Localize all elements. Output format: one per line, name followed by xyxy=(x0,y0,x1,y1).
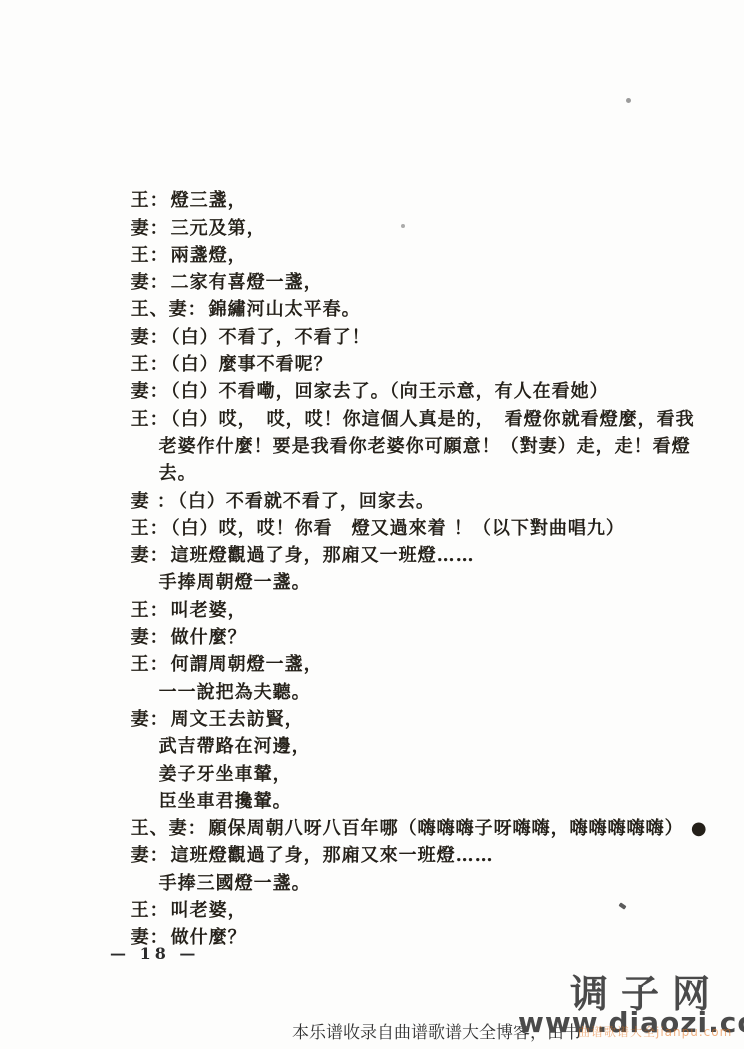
script-line: 王：燈三盞， xyxy=(87,160,707,187)
script-block: 王：燈三盞， 妻：三元及第， 王：兩盞燈， 妻：二家有喜燈一盞， 王、妻：錦繡河… xyxy=(87,160,707,924)
dialogue-text: 一一說把為夫聽。 xyxy=(159,682,311,703)
dialogue-text: 武吉帶路在河邊， xyxy=(159,736,311,757)
dialogue-text: 兩盞燈， xyxy=(171,245,247,266)
speaker-label: 王： xyxy=(131,245,169,266)
dialogue-text: 手捧周朝燈一盞。 xyxy=(159,572,311,593)
scanned-script-page: 王：燈三盞， 妻：三元及第， 王：兩盞燈， 妻：二家有喜燈一盞， 王、妻：錦繡河… xyxy=(0,0,744,1049)
dialogue-text: 叫老婆， xyxy=(171,900,247,921)
dialogue-text: （白）麼事不看呢？ xyxy=(171,354,333,375)
speaker-label: 妻： xyxy=(131,381,169,402)
dialogue-text: 三元及第， xyxy=(171,218,266,239)
dialogue-text: 周文王去訪賢， xyxy=(171,709,304,730)
speaker-label: 妻： xyxy=(131,218,169,239)
scan-speck xyxy=(626,98,631,103)
speaker-label: 王： xyxy=(131,518,169,539)
speaker-label: 妻 ： xyxy=(131,491,176,512)
dialogue-text: 錦繡河山太平春。 xyxy=(209,299,361,320)
speaker-label: 王、妻： xyxy=(131,818,207,839)
speaker-label: 王： xyxy=(131,354,169,375)
speaker-label: 妻： xyxy=(131,709,169,730)
speaker-label: 妻： xyxy=(131,545,169,566)
speaker-label: 王： xyxy=(131,600,169,621)
page-number: — 18 — xyxy=(110,944,199,963)
speaker-label: 王、妻： xyxy=(131,299,207,320)
dialogue-text: 叫老婆， xyxy=(171,600,247,621)
dialogue-text: 做什麼？ xyxy=(171,627,247,648)
watermark-orange-text: 曲谱歌谱大全jianpu.com xyxy=(578,1023,732,1040)
dialogue-text: 姜子牙坐車輦， xyxy=(159,764,292,785)
dialogue-text: 這班燈觀過了身，那廂又一班燈…… xyxy=(171,545,475,566)
dialogue-text: （白）不看嘞，回家去了。（向王示意，有人在看她） xyxy=(171,381,609,402)
speaker-label: 妻： xyxy=(131,272,169,293)
scan-speck xyxy=(401,224,405,228)
speaker-label: 妻： xyxy=(131,627,169,648)
dialogue-text: 這班燈觀過了身，那廂又來一班燈…… xyxy=(171,845,494,866)
speaker-label: 妻： xyxy=(131,845,169,866)
dialogue-text: 何謂周朝燈一盞， xyxy=(171,654,323,675)
dialogue-text: 老婆作什麼！要是我看你老婆你可願意！（對妻）走，走！看燈 xyxy=(159,436,691,457)
dialogue-text: 願保周朝八呀八百年哪（嗨嗨嗨子呀嗨嗨，嗨嗨嗨嗨嗨） ● xyxy=(209,818,708,839)
dialogue-text: 燈三盞， xyxy=(171,190,247,211)
dialogue-text: 手捧三國燈一盞。 xyxy=(159,873,311,894)
speaker-label: 王： xyxy=(131,654,169,675)
speaker-label: 王： xyxy=(131,190,169,211)
dialogue-text: 臣坐車君攙輦。 xyxy=(159,791,292,812)
speaker-label: 妻： xyxy=(131,327,169,348)
dialogue-text: （白）哎， 哎，哎！你這個人真是的， 看燈你就看燈麼，看我 xyxy=(171,409,695,430)
dialogue-text: （白）哎，哎！你看 燈又過來着 ！（以下對曲唱九） xyxy=(171,518,625,539)
dialogue-text: （白）不看就不看了，回家去。 xyxy=(178,491,435,512)
dialogue-text: 去。 xyxy=(159,463,197,484)
dialogue-text: （白）不看了，不看了！ xyxy=(171,327,371,348)
dialogue-text: 二家有喜燈一盞， xyxy=(171,272,323,293)
speaker-label: 王： xyxy=(131,900,169,921)
speaker-label: 王： xyxy=(131,409,169,430)
